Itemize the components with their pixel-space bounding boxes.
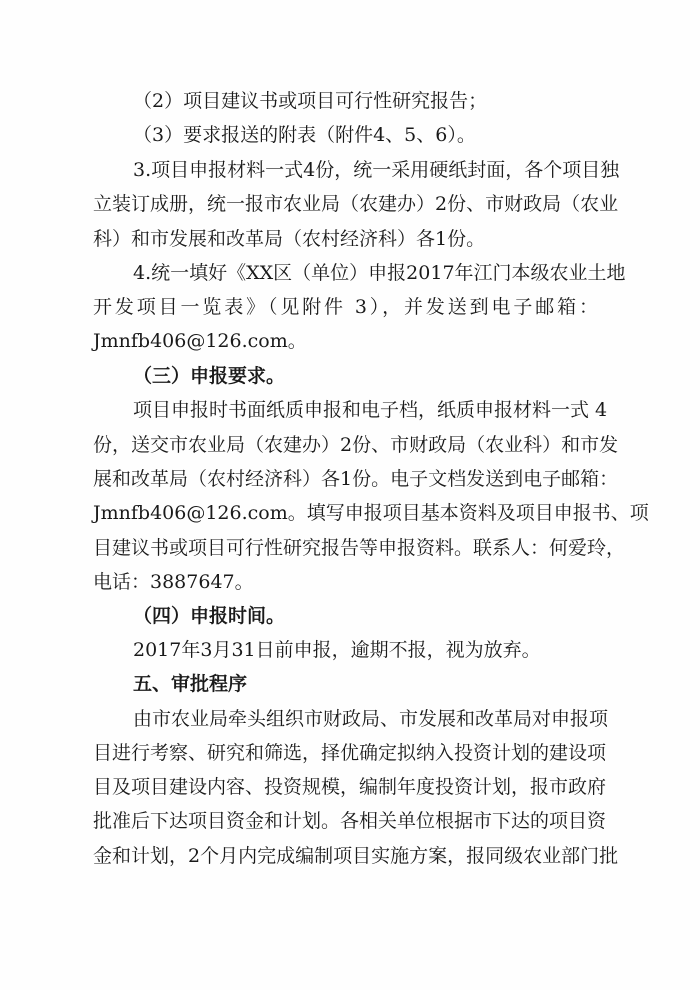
requirements-line-2: 份，送交市农业局（农建办）2份、市财政局（农业科）和市发	[93, 430, 598, 460]
requirements-line-5: 目建议书或项目可行性研究报告等申报资料。联系人：何爱玲，	[93, 533, 598, 563]
paragraph-4-line-2: 开发项目一览表》（见附件 3），并发送到电子邮箱：	[93, 292, 598, 322]
paragraph-4-email: Jmnfb406@126.com。	[93, 326, 598, 356]
deadline-text: 2017年3月31日前申报，逾期不报，视为放弃。	[133, 635, 598, 665]
paragraph-4-line-1: 4.统一填好《XX区（单位）申报2017年江门本级农业土地	[133, 258, 598, 288]
requirements-line-3: 展和改革局（农村经济科）各1份。电子文档发送到电子邮箱：	[93, 464, 598, 494]
item-2-proposal: （2）项目建议书或项目可行性研究报告；	[133, 86, 598, 116]
requirements-phone: 电话：3887647。	[93, 567, 598, 597]
paragraph-3-line-3: 科）和市发展和改革局（农村经济科）各1份。	[93, 224, 598, 254]
paragraph-3-line-2: 立装订成册，统一报市农业局（农建办）2份、市财政局（农业	[93, 189, 598, 219]
heading-application-time: （四）申报时间。	[133, 601, 598, 631]
approval-line-2: 目进行考察、研究和筛选，择优确定拟纳入投资计划的建设项	[93, 738, 598, 768]
approval-line-3: 目及项目建设内容、投资规模，编制年度投资计划，报市政府	[93, 772, 598, 802]
item-3-attachments: （3）要求报送的附表（附件4、5、6）。	[133, 120, 598, 150]
approval-line-1: 由市农业局牵头组织市财政局、市发展和改革局对申报项	[133, 704, 598, 734]
approval-line-4: 批准后下达项目资金和计划。各相关单位根据市下达的项目资	[93, 806, 598, 836]
requirements-line-1: 项目申报时书面纸质申报和电子档，纸质申报材料一式 4	[133, 395, 598, 425]
paragraph-3-line-1: 3.项目申报材料一式4份，统一采用硬纸封面，各个项目独	[133, 155, 598, 185]
requirements-line-4: Jmnfb406@126.com。填写申报项目基本资料及项目申报书、项	[93, 498, 598, 528]
document-page: （2）项目建议书或项目可行性研究报告； （3）要求报送的附表（附件4、5、6）。…	[0, 0, 700, 990]
approval-line-5: 金和计划，2个月内完成编制项目实施方案，报同级农业部门批	[93, 841, 598, 871]
heading-approval-procedure: 五、审批程序	[133, 669, 598, 699]
heading-application-requirements: （三）申报要求。	[133, 361, 598, 391]
